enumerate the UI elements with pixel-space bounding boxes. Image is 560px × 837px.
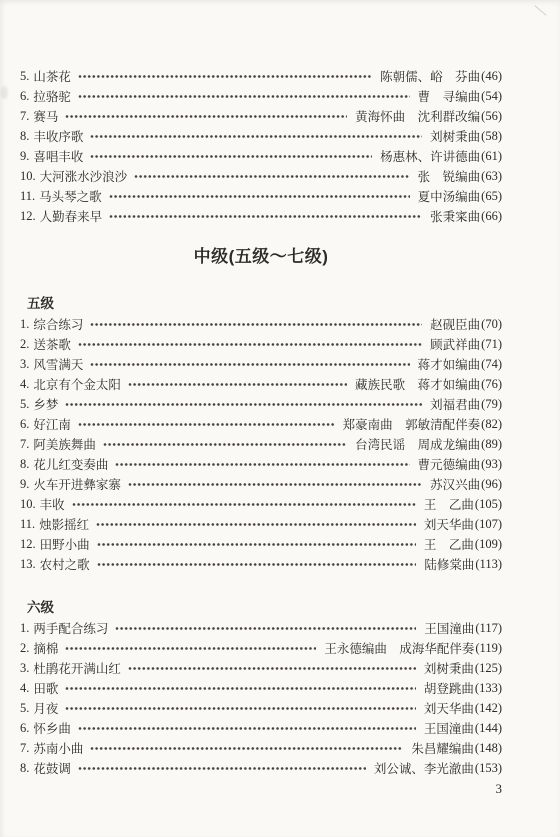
dot-leader: [78, 758, 366, 778]
toc-sections: 五级1.综合练习赵砚臣曲(70)2.送茶歌顾武祥曲(71)3.风雪满天蒋才如编曲…: [20, 294, 502, 778]
entry-number: 5.: [20, 69, 29, 84]
entry-page: (46): [481, 69, 502, 84]
entry-credit: 黄海怀曲 沈利群改编: [355, 107, 480, 125]
entry-number: 6.: [20, 721, 29, 736]
entry-page: (70): [481, 317, 502, 332]
entry-page: (54): [481, 89, 502, 104]
dot-leader: [97, 554, 417, 574]
entry-page: (107): [475, 517, 502, 532]
entry-number: 12.: [20, 209, 36, 224]
dot-leader: [78, 334, 422, 354]
toc-entry: 8.丰收序歌刘树秉曲(58): [20, 126, 502, 146]
toc-entry: 1.两手配合练习王国潼曲(117): [20, 618, 502, 638]
entry-page: (125): [475, 661, 502, 676]
entry-number: 6.: [20, 417, 29, 432]
entry-number: 12.: [20, 537, 36, 552]
entry-number: 10.: [20, 169, 36, 184]
entry-number: 3.: [20, 661, 29, 676]
dot-leader: [90, 146, 372, 166]
dot-leader: [72, 494, 416, 514]
toc-entry: 4.北京有个金太阳藏族民歌 蒋才如编曲(76): [20, 374, 502, 394]
entry-number: 8.: [20, 457, 29, 472]
toc-entry: 9.喜唱丰收杨惠林、许讲德曲(61): [20, 146, 502, 166]
entry-title: 乡梦: [33, 395, 58, 413]
toc-section: 六级1.两手配合练习王国潼曲(117)2.摘棉王永德编曲 成海华配伴奏(119)…: [20, 598, 502, 778]
entry-page: (76): [481, 377, 502, 392]
entry-title: 人勤春来早: [40, 207, 103, 225]
dot-leader: [109, 206, 422, 226]
entry-credit: 苏汉兴曲: [430, 475, 480, 493]
entry-title: 好江南: [33, 415, 71, 433]
toc-entry: 5.月夜刘天华曲(142): [20, 698, 502, 718]
entry-credit: 王 乙曲: [424, 495, 474, 513]
entry-page: (89): [481, 437, 502, 452]
entry-credit: 曹元德编曲: [418, 455, 481, 473]
entry-credit: 郑豪南曲 郭敏清配伴奏: [343, 415, 481, 433]
entry-number: 11.: [20, 189, 35, 204]
toc-entry: 11.烛影摇红刘天华曲(107): [20, 514, 502, 534]
entry-number: 7.: [20, 109, 29, 124]
entry-page: (71): [481, 337, 502, 352]
entry-title: 马头琴之歌: [39, 187, 102, 205]
entry-credit: 王国潼曲: [424, 619, 474, 637]
entry-credit: 胡登跳曲: [424, 679, 474, 697]
dot-leader: [65, 394, 422, 414]
entry-page: (109): [475, 537, 502, 552]
toc-entry: 7.赛马黄海怀曲 沈利群改编(56): [20, 106, 502, 126]
dot-leader: [97, 534, 416, 554]
toc-entry: 7.苏南小曲朱昌耀编曲(148): [20, 738, 502, 758]
entry-page: (61): [481, 149, 502, 164]
entry-page: (79): [481, 397, 502, 412]
entry-number: 13.: [20, 557, 36, 572]
entry-credit: 曹 寻编曲: [418, 87, 481, 105]
dot-leader: [128, 658, 416, 678]
entry-number: 9.: [20, 149, 29, 164]
dot-leader: [96, 514, 416, 534]
entry-title: 苏南小曲: [33, 739, 83, 757]
dot-leader: [134, 166, 410, 186]
toc-entry: 1.综合练习赵砚臣曲(70): [20, 314, 502, 334]
entry-number: 8.: [20, 761, 29, 776]
entry-page: (65): [481, 189, 502, 204]
entry-title: 赛马: [33, 107, 58, 125]
dot-leader: [128, 374, 347, 394]
entry-page: (93): [481, 457, 502, 472]
entry-page: (63): [481, 169, 502, 184]
entry-credit: 王永德编曲 成海华配伴奏: [324, 639, 474, 657]
dot-leader: [65, 678, 416, 698]
entry-number: 8.: [20, 129, 29, 144]
dot-leader: [90, 354, 409, 374]
entry-title: 花儿红变奏曲: [33, 455, 108, 473]
entry-credit: 张秉寀曲: [430, 207, 480, 225]
entry-page: (113): [475, 557, 502, 572]
entry-title: 田歌: [33, 679, 58, 697]
entry-page: (105): [475, 497, 502, 512]
entry-credit: 刘福君曲: [430, 395, 480, 413]
entry-credit: 刘公诚、李光澈曲: [374, 759, 474, 777]
entry-number: 3.: [20, 357, 29, 372]
entry-credit: 张 锐编曲: [418, 167, 481, 185]
entry-title: 综合练习: [33, 315, 83, 333]
toc-entry: 8.花鼓调刘公诚、李光澈曲(153): [20, 758, 502, 778]
entry-title: 两手配合练习: [33, 619, 108, 637]
toc-entry: 5.山茶花陈朝儒、峪 芬曲(46): [20, 66, 502, 86]
entry-credit: 陈朝儒、峪 芬曲: [380, 67, 480, 85]
entry-page: (96): [481, 477, 502, 492]
entry-page: (153): [475, 761, 502, 776]
entry-page: (82): [481, 417, 502, 432]
toc-entry: 3.杜鹃花开满山红刘树秉曲(125): [20, 658, 502, 678]
entry-credit: 刘天华曲: [424, 515, 474, 533]
section-heading-intermediate: 中级(五级～七级): [20, 244, 502, 270]
entry-credit: 刘树秉曲: [430, 127, 480, 145]
entry-number: 5.: [20, 397, 29, 412]
entry-page: (133): [475, 681, 502, 696]
entry-credit: 王国潼曲: [424, 719, 474, 737]
entry-title: 拉骆驼: [33, 87, 71, 105]
entry-number: 1.: [20, 621, 29, 636]
toc-entry: 9.火车开进彝家寨苏汉兴曲(96): [20, 474, 502, 494]
entry-number: 2.: [20, 641, 29, 656]
entry-credit: 刘树秉曲: [424, 659, 474, 677]
entry-page: (56): [481, 109, 502, 124]
toc-continuation-list: 5.山茶花陈朝儒、峪 芬曲(46)6.拉骆驼曹 寻编曲(54)7.赛马黄海怀曲 …: [20, 66, 502, 226]
entry-title: 花鼓调: [33, 759, 71, 777]
entry-title: 阿美族舞曲: [33, 435, 96, 453]
toc-entry: 8.花儿红变奏曲曹元德编曲(93): [20, 454, 502, 474]
entry-number: 7.: [20, 437, 29, 452]
entry-title: 烛影摇红: [39, 515, 89, 533]
entry-title: 杜鹃花开满山红: [33, 659, 121, 677]
dot-leader: [78, 86, 410, 106]
entry-title: 田野小曲: [40, 535, 90, 553]
entry-title: 喜唱丰收: [33, 147, 83, 165]
dot-leader: [103, 434, 347, 454]
toc-entry: 6.怀乡曲王国潼曲(144): [20, 718, 502, 738]
toc-section: 五级1.综合练习赵砚臣曲(70)2.送茶歌顾武祥曲(71)3.风雪满天蒋才如编曲…: [20, 294, 502, 574]
entry-credit: 夏中汤编曲: [418, 187, 481, 205]
entry-title: 丰收: [40, 495, 65, 513]
scan-artifact-smudge: [1, 86, 8, 99]
dot-leader: [65, 698, 416, 718]
toc-entry: 12.田野小曲王 乙曲(109): [20, 534, 502, 554]
entry-title: 火车开进彝家寨: [33, 475, 121, 493]
toc-entry: 2.送茶歌顾武祥曲(71): [20, 334, 502, 354]
entry-title: 山茶花: [33, 67, 71, 85]
toc-entry: 2.摘棉王永德编曲 成海华配伴奏(119): [20, 638, 502, 658]
entry-number: 1.: [20, 317, 29, 332]
entry-title: 农村之歌: [40, 555, 90, 573]
entry-page: (148): [475, 741, 502, 756]
entry-credit: 杨惠林、许讲德曲: [380, 147, 480, 165]
toc-entry: 10.丰收王 乙曲(105): [20, 494, 502, 514]
section-label: 六级: [27, 598, 502, 618]
dot-leader: [115, 454, 409, 474]
toc-entry: 4.田歌胡登跳曲(133): [20, 678, 502, 698]
dot-leader: [128, 474, 422, 494]
entry-number: 4.: [20, 377, 29, 392]
dot-leader: [78, 414, 335, 434]
entry-number: 7.: [20, 741, 29, 756]
entry-title: 怀乡曲: [33, 719, 71, 737]
entry-title: 风雪满天: [33, 355, 83, 373]
toc-entry: 3.风雪满天蒋才如编曲(74): [20, 354, 502, 374]
entry-credit: 王 乙曲: [424, 535, 474, 553]
entry-page: (74): [481, 357, 502, 372]
toc-content: 5.山茶花陈朝儒、峪 芬曲(46)6.拉骆驼曹 寻编曲(54)7.赛马黄海怀曲 …: [0, 0, 560, 797]
entry-title: 丰收序歌: [33, 127, 83, 145]
entry-credit: 蒋才如编曲: [418, 355, 481, 373]
entry-page: (66): [481, 209, 502, 224]
entry-number: 4.: [20, 681, 29, 696]
entry-title: 月夜: [33, 699, 58, 717]
entry-credit: 顾武祥曲: [430, 335, 480, 353]
dot-leader: [65, 106, 347, 126]
entry-number: 2.: [20, 337, 29, 352]
entry-page: (117): [475, 621, 502, 636]
dot-leader: [78, 718, 416, 738]
entry-number: 6.: [20, 89, 29, 104]
dot-leader: [109, 186, 410, 206]
entry-page: (119): [475, 641, 502, 656]
dot-leader: [78, 66, 372, 86]
entry-page: (142): [475, 701, 502, 716]
entry-page: (144): [475, 721, 502, 736]
dot-leader: [90, 314, 422, 334]
toc-entry: 10.大河涨水沙浪沙张 锐编曲(63): [20, 166, 502, 186]
toc-entry: 13.农村之歌陆修棠曲(113): [20, 554, 502, 574]
page-number: 3: [20, 781, 502, 797]
entry-title: 送茶歌: [33, 335, 71, 353]
entry-credit: 朱昌耀编曲: [411, 739, 474, 757]
dot-leader: [65, 638, 316, 658]
entry-number: 11.: [20, 517, 35, 532]
dot-leader: [90, 738, 403, 758]
scanned-toc-page: 5.山茶花陈朝儒、峪 芬曲(46)6.拉骆驼曹 寻编曲(54)7.赛马黄海怀曲 …: [0, 0, 560, 837]
entry-title: 摘棉: [33, 639, 58, 657]
entry-number: 9.: [20, 477, 29, 492]
entry-page: (58): [481, 129, 502, 144]
toc-entry: 6.拉骆驼曹 寻编曲(54): [20, 86, 502, 106]
entry-credit: 台湾民谣 周成龙编曲: [355, 435, 480, 453]
dot-leader: [90, 126, 422, 146]
entry-number: 5.: [20, 701, 29, 716]
toc-entry: 7.阿美族舞曲台湾民谣 周成龙编曲(89): [20, 434, 502, 454]
toc-entry: 6.好江南郑豪南曲 郭敏清配伴奏(82): [20, 414, 502, 434]
entry-title: 北京有个金太阳: [33, 375, 121, 393]
entry-credit: 陆修棠曲: [424, 555, 474, 573]
dot-leader: [115, 618, 416, 638]
entry-title: 大河涨水沙浪沙: [40, 167, 128, 185]
section-label: 五级: [27, 294, 502, 314]
entry-credit: 藏族民歌 蒋才如编曲: [355, 375, 480, 393]
entry-credit: 刘天华曲: [424, 699, 474, 717]
toc-entry: 11.马头琴之歌夏中汤编曲(65): [20, 186, 502, 206]
entry-number: 10.: [20, 497, 36, 512]
entry-credit: 赵砚臣曲: [430, 315, 480, 333]
toc-entry: 5.乡梦刘福君曲(79): [20, 394, 502, 414]
toc-entry: 12.人勤春来早张秉寀曲(66): [20, 206, 502, 226]
